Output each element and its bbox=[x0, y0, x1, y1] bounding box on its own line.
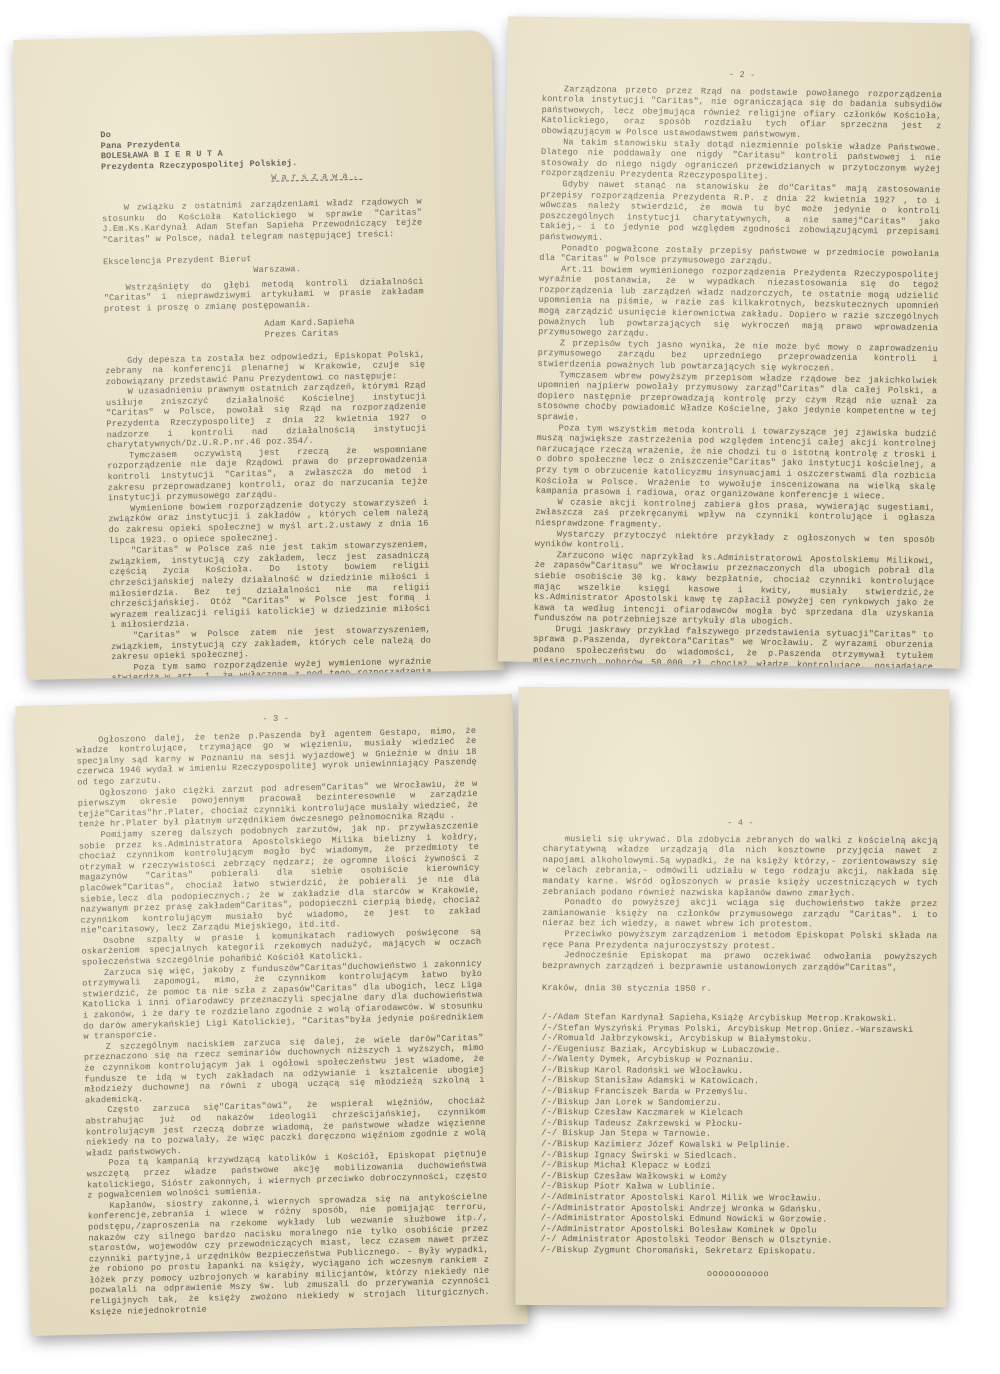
document-page-2: - 2 - Zarządzona przeto przez Rząd na po… bbox=[498, 16, 970, 668]
page-1-content: Do Pana Prezydenta BOLESŁAWA B I E R U T… bbox=[100, 124, 433, 680]
paragraph: Jednocześnie Episkopat ma prawo oczekiwa… bbox=[542, 950, 937, 973]
paragraph: Na takim stanowisku stały dotąd niezmien… bbox=[541, 137, 942, 186]
paragraph: musieli się ukrywać. Dla zdobycia zebran… bbox=[543, 834, 938, 900]
paragraph: Zarządzona przeto przez Rząd na podstawi… bbox=[541, 84, 942, 143]
paragraph: Poza tym wszystkim metoda kontroli i tow… bbox=[536, 423, 937, 503]
document-page-3: - 3 - Ogłoszono dalej, że tenże p.Paszen… bbox=[15, 694, 527, 1336]
paragraph: Ogłoszono dalej, że tenże p.Paszenda był… bbox=[76, 726, 477, 789]
paragraph: Zarzucono więc naprzykład ks.Administrat… bbox=[534, 550, 935, 630]
page-4-content: - 4 - musieli się ukrywać. Dla zdobycia … bbox=[541, 817, 938, 1280]
paragraph: Przeciwko powyższym zarządzeniom i metod… bbox=[542, 929, 937, 952]
paragraph: Pomijamy szereg dalszych podobnych zarzu… bbox=[78, 821, 480, 937]
paragraph: Tymczasem oczywistą jest rzeczą że wspom… bbox=[107, 444, 428, 504]
page-3-content: - 3 - Ogłoszono dalej, że tenże p.Paszen… bbox=[76, 709, 491, 1318]
signatory: /-/Biskup Zygmunt Choromański, Sekretarz… bbox=[541, 1245, 936, 1258]
paragraph: Drugi jaskrawy przykład fałszywego przed… bbox=[532, 624, 933, 669]
paragraph: Tymczasem wbrew powyższym przepisom wład… bbox=[537, 370, 938, 429]
document-page-4: - 4 - musieli się ukrywać. Dla zdobycia … bbox=[515, 687, 949, 1307]
paragraph: Często zarzuca się"Caritas"owi", że wspi… bbox=[85, 1096, 486, 1159]
paragraph: Wymienione bowiem rozporządzenie dotyczy… bbox=[108, 497, 429, 546]
paragraph: Art.11 bowiem wymienionego rozporządzeni… bbox=[538, 264, 939, 344]
document-page-1: Do Pana Prezydenta BOLESŁAWA B I E R U T… bbox=[13, 30, 504, 680]
paragraph: W uzasadnieniu prawnym ostatnich zarządz… bbox=[106, 381, 427, 451]
address-city: Warszawa. bbox=[271, 170, 421, 184]
paragraph: Z szczególnym naciskiem zarzuca się dale… bbox=[84, 1033, 485, 1106]
signatories-list: /-/Adam Stefan Kardynał Sapieha,Książę A… bbox=[541, 1012, 937, 1258]
paragraph: Kapłanów, siostry zakonne,i wiernych spr… bbox=[87, 1191, 490, 1317]
page-2-content: - 2 - Zarządzona przeto przez Rząd na po… bbox=[532, 67, 942, 669]
intro-paragraph: W związku z ostatnimi zarządzeniami wład… bbox=[102, 197, 423, 246]
paragraph: Gdyby nawet stanąć na stanowisku że do"C… bbox=[540, 179, 941, 249]
paragraph: Ponadto do powyższej akcji wciąga się du… bbox=[542, 897, 937, 931]
paragraph: "Caritas" w Polsce zaś nie jest takim st… bbox=[109, 540, 431, 631]
page-number: - 2 - bbox=[542, 67, 942, 84]
paragraph: Zarzuca się więc, jakoby z funduszów"Car… bbox=[82, 959, 484, 1043]
end-mark: ooooooooooo bbox=[541, 1268, 936, 1281]
page-number: - 4 - bbox=[543, 817, 938, 830]
